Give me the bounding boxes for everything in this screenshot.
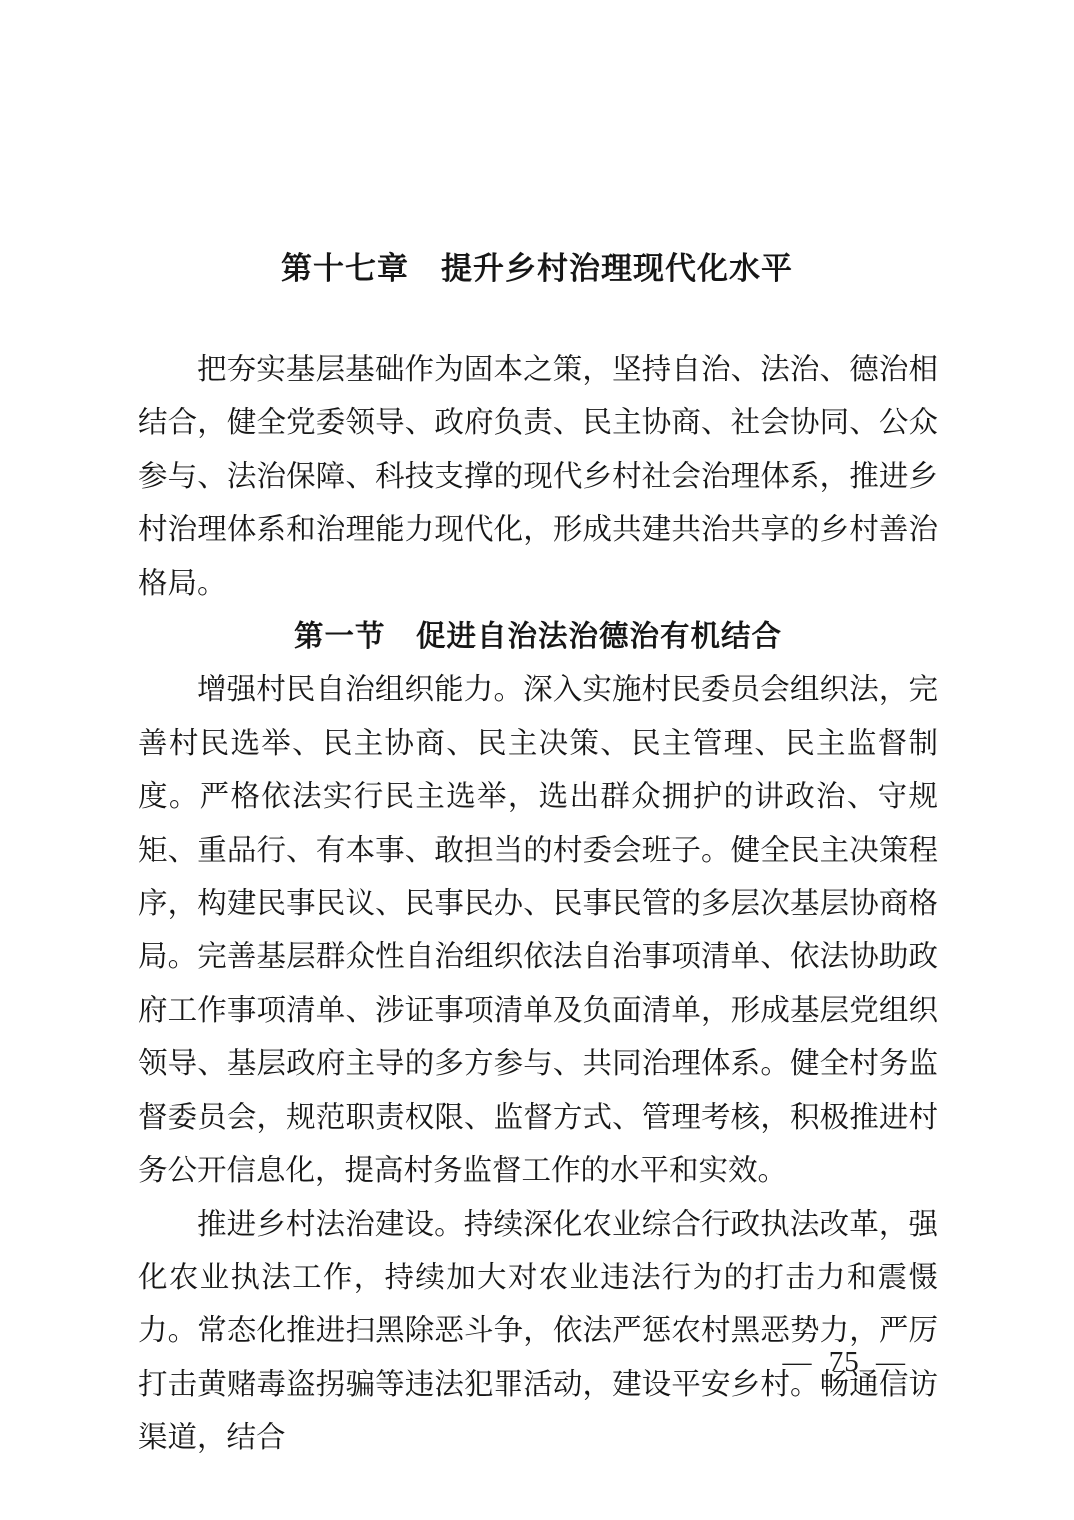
- paragraph-rural-rule-of-law: 推进乡村法治建设。持续深化农业综合行政执法改革，强化农业执法工作，持续加大对农业…: [138, 1199, 938, 1466]
- page-number: — 75 —: [783, 1346, 907, 1379]
- page-body: 把夯实基层基础作为固本之策，坚持自治、法治、德治相结合，健全党委领导、政府负责、…: [138, 344, 938, 1466]
- intro-paragraph: 把夯实基层基础作为固本之策，坚持自治、法治、德治相结合，健全党委领导、政府负责、…: [138, 344, 938, 611]
- section-title: 第一节 促进自治法治德治有机结合: [138, 611, 938, 664]
- document-page: 第十七章 提升乡村治理现代化水平 把夯实基层基础作为固本之策，坚持自治、法治、德…: [0, 0, 1074, 1520]
- paragraph-villager-self-governance: 增强村民自治组织能力。深入实施村民委员会组织法，完善村民选举、民主协商、民主决策…: [138, 664, 938, 1198]
- chapter-title: 第十七章 提升乡村治理现代化水平: [0, 243, 1074, 288]
